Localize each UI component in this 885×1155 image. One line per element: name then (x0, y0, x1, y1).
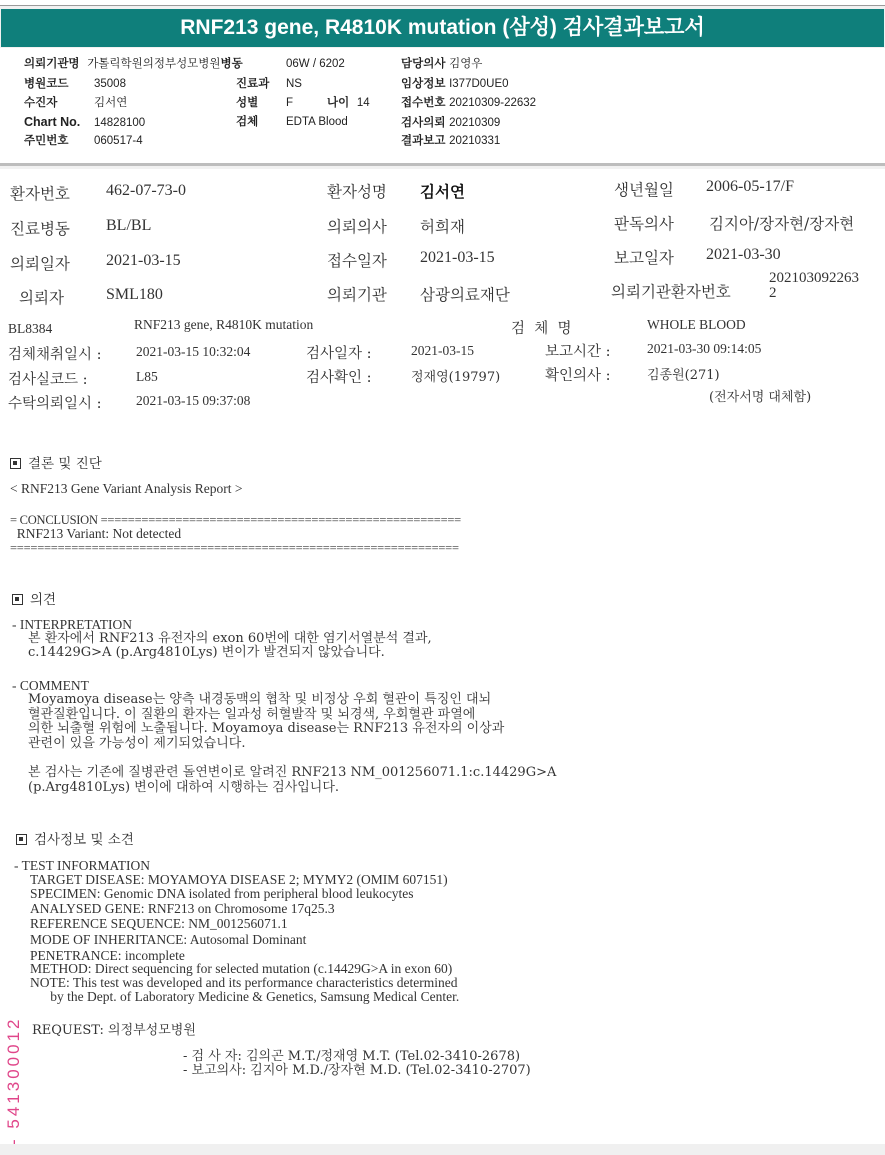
referring-doctor-label: 의뢰의사 (327, 215, 387, 237)
outsource-request-datetime-label: 수탁의뢰일시 : (8, 392, 102, 413)
test-verifier-value: 정재영(19797) (411, 366, 500, 385)
test-verifier-label: 검사확인 : (306, 366, 372, 387)
header-hospital-code: 병원코드35008 (24, 76, 126, 91)
comment-line-3: 의한 뇌출혈 위험에 노출됩니다. Moyamoya disease는 RNF2… (28, 722, 504, 736)
square-bullet-icon (10, 458, 21, 469)
conclusion-divider-top: = CONCLUSION ===========================… (10, 513, 461, 527)
header-result-report-date: 결과보고 20210331 (401, 133, 500, 148)
interpretation-line-2: c.14429G>A (p.Arg4810Lys) 변이가 발견되지 않았습니다… (28, 646, 385, 660)
header-resident-no: 주민번호060517-4 (24, 133, 143, 148)
header-chart-no: Chart No.14828100 (24, 115, 145, 130)
interpretation-line-1: 본 환자에서 RNF213 유전자의 exon 60번에 대한 염기서열분석 결… (28, 632, 432, 646)
patient-no-value: 462-07-73-0 (106, 182, 186, 200)
patient-no-label: 환자번호 (10, 182, 70, 204)
header-attending-doctor: 담당의사 김영우 (401, 56, 482, 71)
report-time-label: 보고시간 : (545, 340, 611, 361)
note-line-2: (p.Arg4810Lys) 변이에 대하여 시행하는 검사입니다. (28, 781, 339, 795)
conclusion-divider-bottom: ========================================… (10, 541, 459, 555)
header-sex: 성별F (236, 95, 293, 110)
test-name: RNF213 gene, R4810K mutation (134, 317, 313, 333)
comment-line-1: Moyamoya disease는 양측 내경동맥의 협착 및 비정상 우회 혈… (28, 693, 491, 707)
request-summary-header: 의뢰기관명 가톨릭학원의정부성모병원병동 병원코드35008 수진자김서연 Ch… (0, 48, 885, 166)
test-info-method: METHOD: Direct sequencing for selected m… (30, 962, 452, 976)
collection-datetime-value: 2021-03-15 10:32:04 (136, 344, 250, 360)
institution-patient-no-value-line1: 202103092263 (769, 271, 859, 286)
ward-value: BL/BL (106, 217, 151, 235)
conclusion-result: RNF213 Variant: Not detected (10, 527, 181, 541)
scanned-report: 환자번호 462-07-73-0 환자성명 김서연 생년월일 2006-05-1… (0, 169, 885, 1144)
referring-institution-value: 삼광의료재단 (420, 283, 510, 305)
test-info-specimen: SPECIMEN: Genomic DNA isolated from peri… (30, 887, 414, 901)
comment-title: - COMMENT (12, 679, 89, 693)
comment-line-2: 혈관질환입니다. 이 질환의 환자는 일과성 허혈발작 및 뇌경색, 우회혈관 … (28, 708, 475, 722)
comment-line-4: 관련이 있을 가능성이 제기되었습니다. (28, 737, 245, 751)
section-conclusion-heading: 결론 및 진단 (10, 452, 102, 472)
ward-label: 진료병동 (10, 217, 70, 239)
patient-name-value: 김서연 (420, 180, 465, 202)
lab-code-value: L85 (136, 369, 158, 385)
e-signature-note: (전자서명 대체함) (709, 386, 811, 405)
header-department: 진료과NS (236, 76, 302, 91)
header-patient-name: 수진자김서연 (24, 95, 127, 110)
reading-doctor-value: 김지아/장자현/장자현 (709, 212, 854, 234)
request-date-value: 2021-03-15 (106, 252, 181, 270)
square-bullet-icon (12, 594, 23, 605)
header-test-request-date: 검사의뢰 20210309 (401, 115, 500, 130)
test-code: BL8384 (8, 321, 52, 337)
header-clinical-info: 임상정보 I377D0UE0 (401, 76, 509, 91)
specimen-name-label: 검 체 명 (511, 317, 571, 338)
receipt-date-value: 2021-03-15 (420, 249, 495, 267)
square-bullet-icon (16, 834, 27, 845)
report-title: RNF213 gene, R4810K mutation (삼성) 검사결과보고… (1, 9, 884, 47)
staff-tester: - 검 사 자: 김의곤 M.T./정재영 M.T. (Tel.02-3410-… (183, 1050, 520, 1064)
test-info-note-line-1: NOTE: This test was developed and its pe… (30, 976, 457, 990)
header-ward-value: 06W / 6202 (286, 56, 345, 71)
interpretation-title: - INTERPRETATION (12, 618, 132, 632)
patient-name-label: 환자성명 (327, 180, 387, 202)
collection-datetime-label: 검체채취일시 : (8, 343, 102, 364)
receipt-date-label: 접수일자 (327, 249, 387, 271)
institution-patient-no-label: 의뢰기관환자번호 (611, 280, 731, 302)
request-institution: REQUEST: 의정부성모병원 (32, 1024, 196, 1038)
requester-value: SML180 (106, 286, 163, 304)
test-information-title: - TEST INFORMATION (14, 859, 150, 873)
referring-institution-label: 의뢰기관 (327, 283, 387, 305)
report-date-value: 2021-03-30 (706, 246, 781, 264)
test-date-value: 2021-03-15 (411, 343, 474, 359)
birthdate-label: 생년월일 (614, 178, 674, 200)
note-line-1: 본 검사는 기존에 질병관련 돌연변이로 알려진 RNF213 NM_00125… (28, 766, 556, 780)
page-bottom-margin (0, 1144, 885, 1155)
specimen-name-value: WHOLE BLOOD (647, 317, 746, 333)
birthdate-value: 2006-05-17/F (706, 178, 794, 196)
section-test-info-heading: 검사정보 및 소견 (16, 828, 134, 848)
window-top-border (0, 0, 885, 6)
reading-doctor-label: 판독의사 (614, 212, 674, 234)
report-date-label: 보고일자 (614, 246, 674, 268)
test-info-target-disease: TARGET DISEASE: MOYAMOYA DISEASE 2; MYMY… (30, 873, 448, 887)
institution-patient-no-value-line2: 2 (769, 286, 777, 301)
staff-reporting-doctor: - 보고의사: 김지아 M.D./장자현 M.D. (Tel.02-3410-2… (183, 1064, 531, 1078)
outsource-request-datetime-value: 2021-03-15 09:37:08 (136, 393, 250, 409)
confirming-doctor-value: 김종원(271) (647, 364, 720, 383)
test-info-analysed-gene: ANALYSED GENE: RNF213 on Chromosome 17q2… (30, 902, 335, 916)
lab-code-label: 검사실코드 : (8, 368, 88, 389)
report-time-value: 2021-03-30 09:14:05 (647, 341, 761, 357)
test-info-inheritance: MODE OF INHERITANCE: Autosomal Dominant (30, 933, 306, 947)
test-info-reference-sequence: REFERENCE SEQUENCE: NM_001256071.1 (30, 917, 288, 931)
header-institution: 의뢰기관명 가톨릭학원의정부성모병원병동 (24, 56, 243, 71)
barcode-number: - 541300012 (4, 1010, 22, 1145)
requester-label: 의뢰자 (19, 286, 64, 308)
test-info-note-line-2: by the Dept. of Laboratory Medicine & Ge… (30, 990, 459, 1004)
confirming-doctor-label: 확인의사 : (545, 364, 611, 385)
request-date-label: 의뢰일자 (10, 252, 70, 274)
section-opinion-heading: 의견 (12, 588, 56, 608)
referring-doctor-value: 허희재 (420, 215, 465, 237)
test-date-label: 검사일자 : (306, 342, 372, 363)
header-specimen: 검체EDTA Blood (236, 114, 348, 129)
report-subtitle: < RNF213 Gene Variant Analysis Report > (10, 482, 242, 496)
header-age: 나이 14 (327, 95, 370, 110)
header-receipt-no: 접수번호 20210309-22632 (401, 95, 536, 110)
